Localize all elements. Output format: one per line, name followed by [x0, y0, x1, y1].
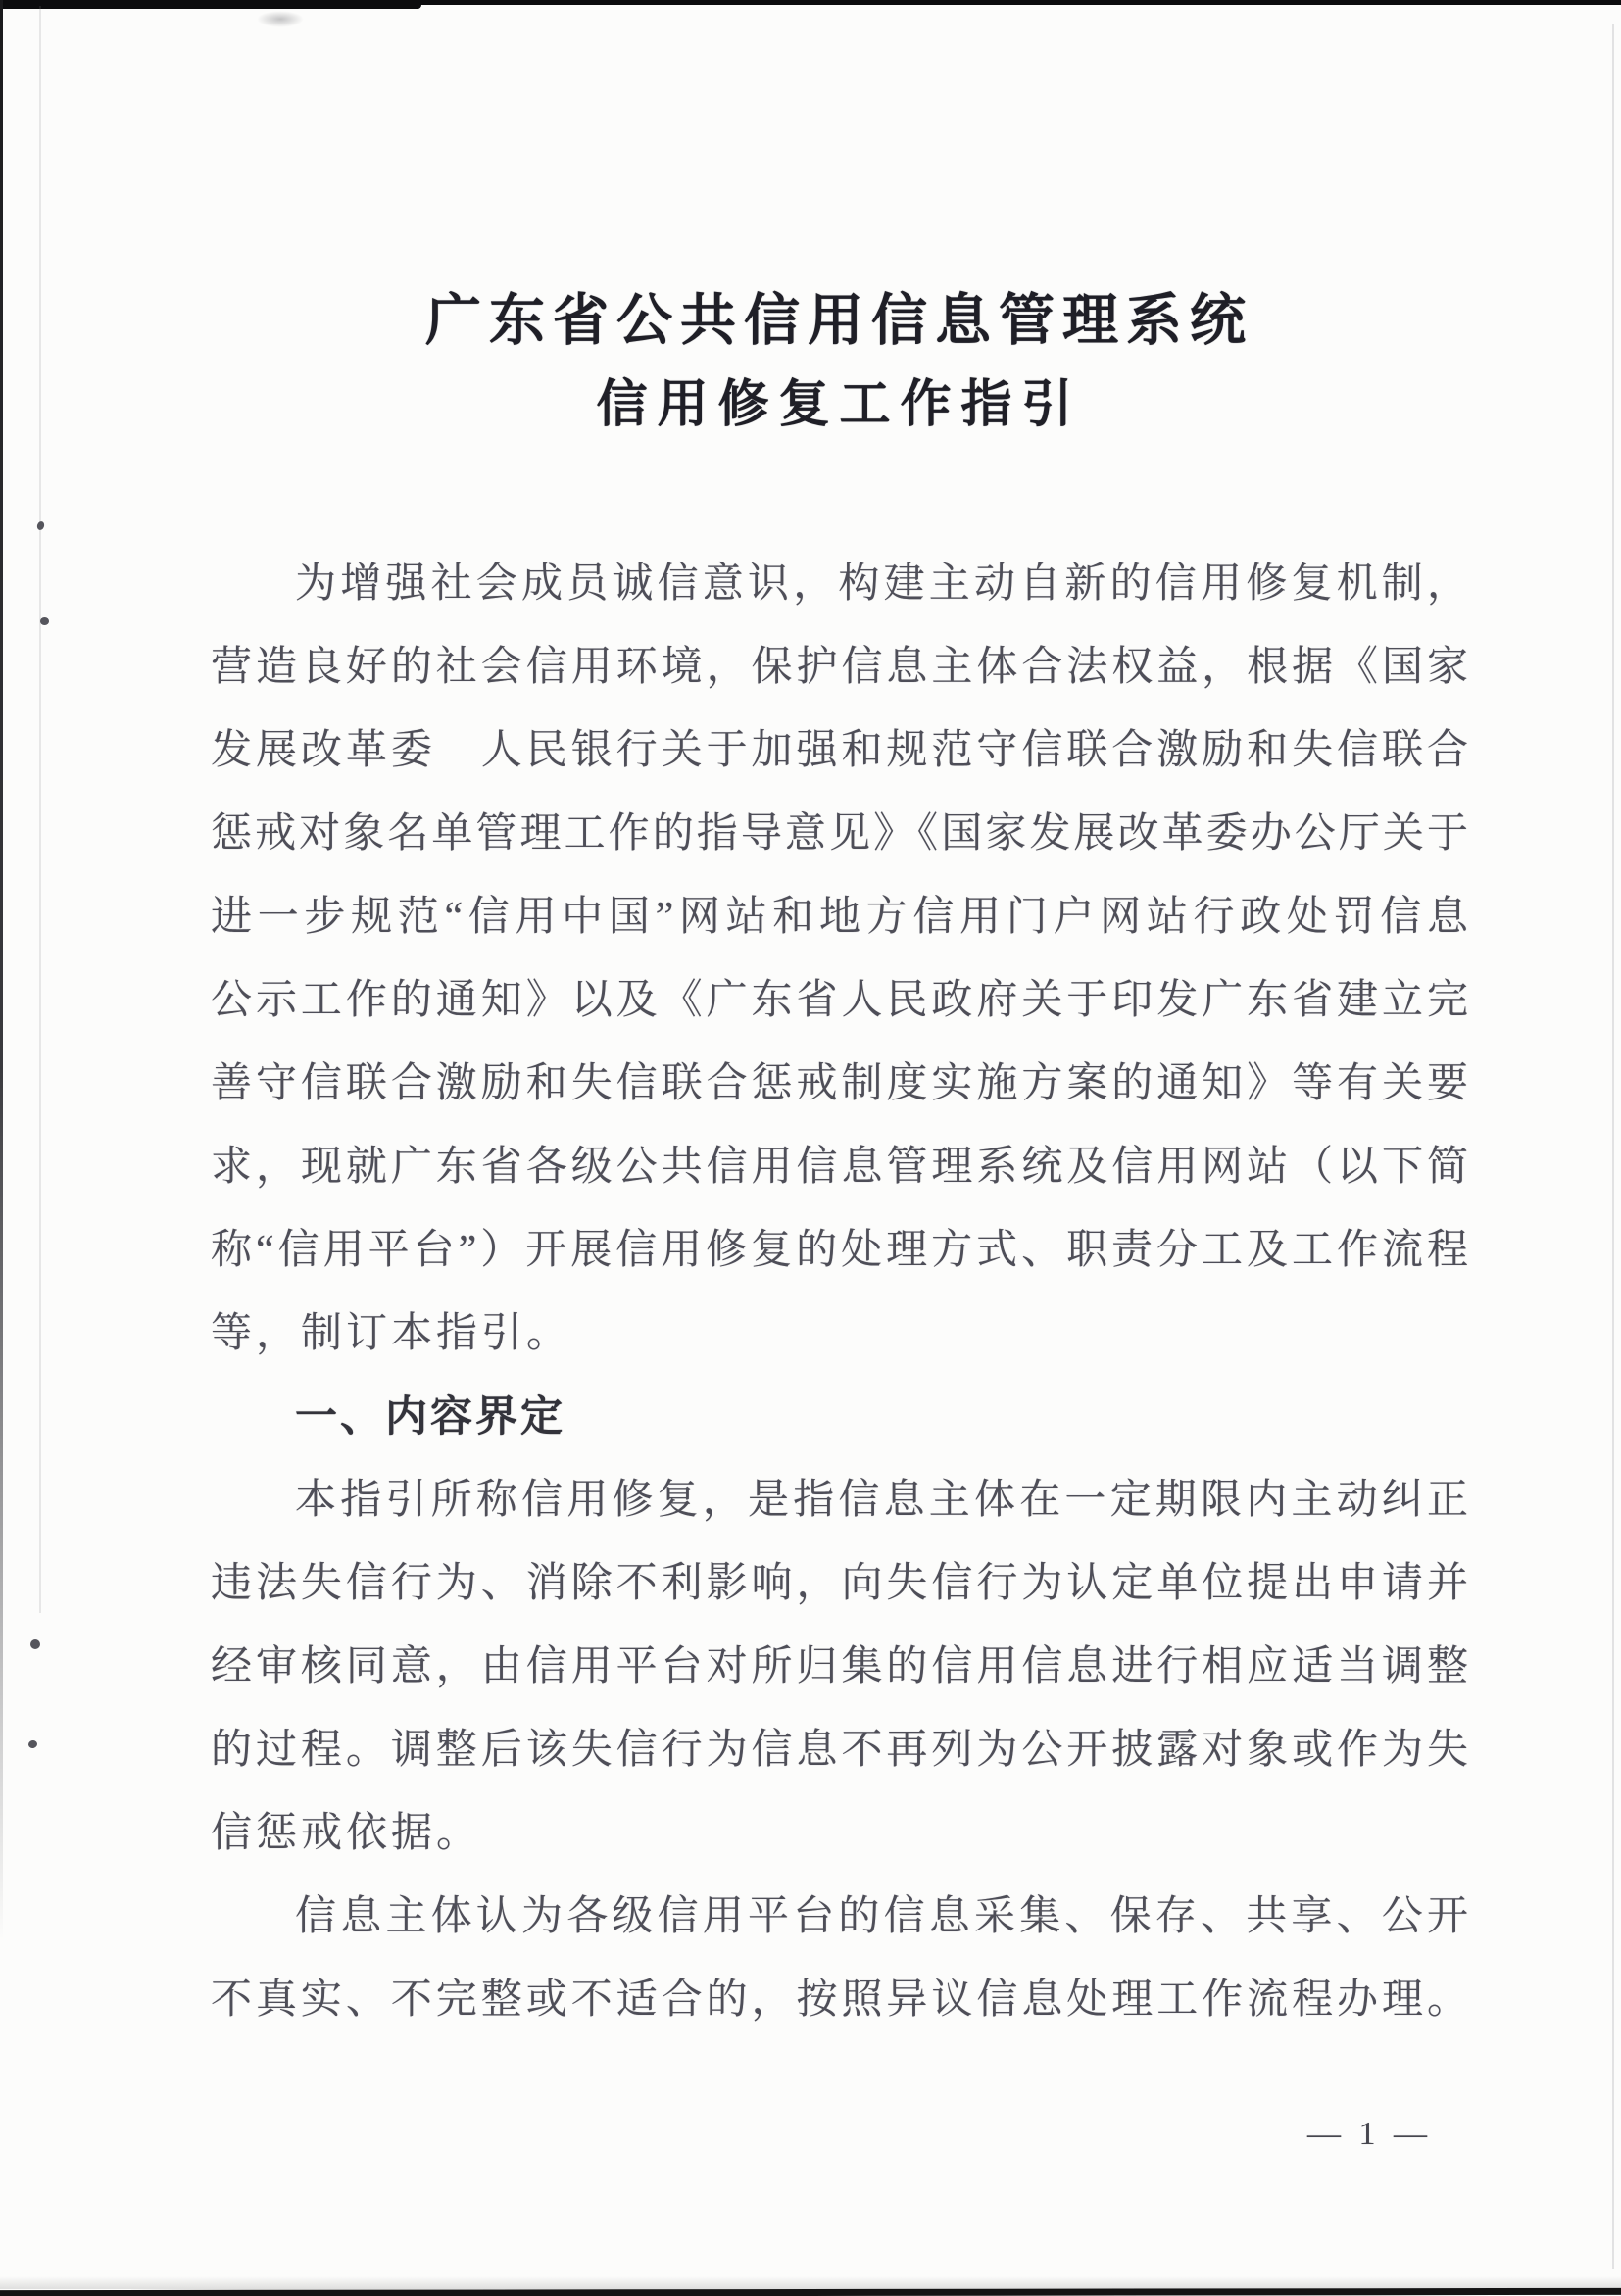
scan-speck — [30, 1639, 40, 1649]
body-line: 营造良好的社会信用环境，保护信息主体合法权益，根据《国家 — [211, 626, 1468, 709]
scan-shadow-bottom — [0, 2276, 1621, 2289]
body-line: 称“信用平台”）开展信用修复的处理方式、职责分工及工作流程 — [211, 1209, 1468, 1293]
body-line: 的过程。调整后该失信行为信息不再列为公开披露对象或作为失 — [211, 1709, 1468, 1792]
body-line: 求，现就广东省各级公共信用信息管理系统及信用网站（以下简 — [211, 1126, 1468, 1209]
body-line: 发展改革委 人民银行关于加强和规范守信联合激励和失信联合 — [211, 709, 1468, 793]
section-heading: 一、内容界定 — [211, 1376, 1468, 1459]
scanned-document-page: 广东省公共信用信息管理系统 信用修复工作指引 为增强社会成员诚信意识，构建主动自… — [0, 0, 1621, 2296]
body-line: 不真实、不完整或不适合的，按照异议信息处理工作流程办理。 — [211, 1959, 1468, 2042]
body-line: 信息主体认为各级信用平台的信息采集、保存、共享、公开 — [211, 1876, 1468, 1959]
scan-speck — [40, 617, 49, 625]
scan-speck — [36, 520, 46, 531]
scan-edge-left — [0, 0, 3, 1940]
document-title-line-1: 广东省公共信用信息管理系统 — [211, 293, 1468, 349]
body-line: 善守信联合激励和失信联合惩戒制度实施方案的通知》等有关要 — [211, 1043, 1468, 1126]
body-line: 等，制订本指引。 — [211, 1293, 1468, 1376]
body-line: 本指引所称信用修复，是指信息主体在一定期限内主动纠正 — [211, 1459, 1468, 1542]
scan-edge-top-left — [0, 0, 421, 9]
scan-fold-line-left — [39, 6, 41, 1613]
body-line: 信惩戒依据。 — [211, 1792, 1468, 1876]
page-number: — 1 — — [1307, 2118, 1432, 2151]
scan-edge-right — [1612, 24, 1614, 2269]
body-line: 为增强社会成员诚信意识，构建主动自新的信用修复机制， — [211, 543, 1468, 626]
document-title-line-2: 信用修复工作指引 — [211, 380, 1468, 431]
scan-speck — [27, 1739, 38, 1749]
body-line: 进一步规范“信用中国”网站和地方信用门户网站行政处罚信息 — [211, 876, 1468, 959]
scan-smudge — [257, 11, 304, 27]
body-line: 公示工作的通知》以及《广东省人民政府关于印发广东省建立完 — [211, 959, 1468, 1043]
body-line: 违法失信行为、消除不利影响，向失信行为认定单位提出申请并 — [211, 1542, 1468, 1626]
scan-edge-bottom — [0, 2288, 1621, 2296]
body-line: 经审核同意，由信用平台对所归集的信用信息进行相应适当调整 — [211, 1626, 1468, 1709]
document-body: 为增强社会成员诚信意识，构建主动自新的信用修复机制，营造良好的社会信用环境，保护… — [211, 543, 1468, 2042]
body-line: 惩戒对象名单管理工作的指导意见》《国家发展改革委办公厅关于 — [211, 793, 1468, 876]
